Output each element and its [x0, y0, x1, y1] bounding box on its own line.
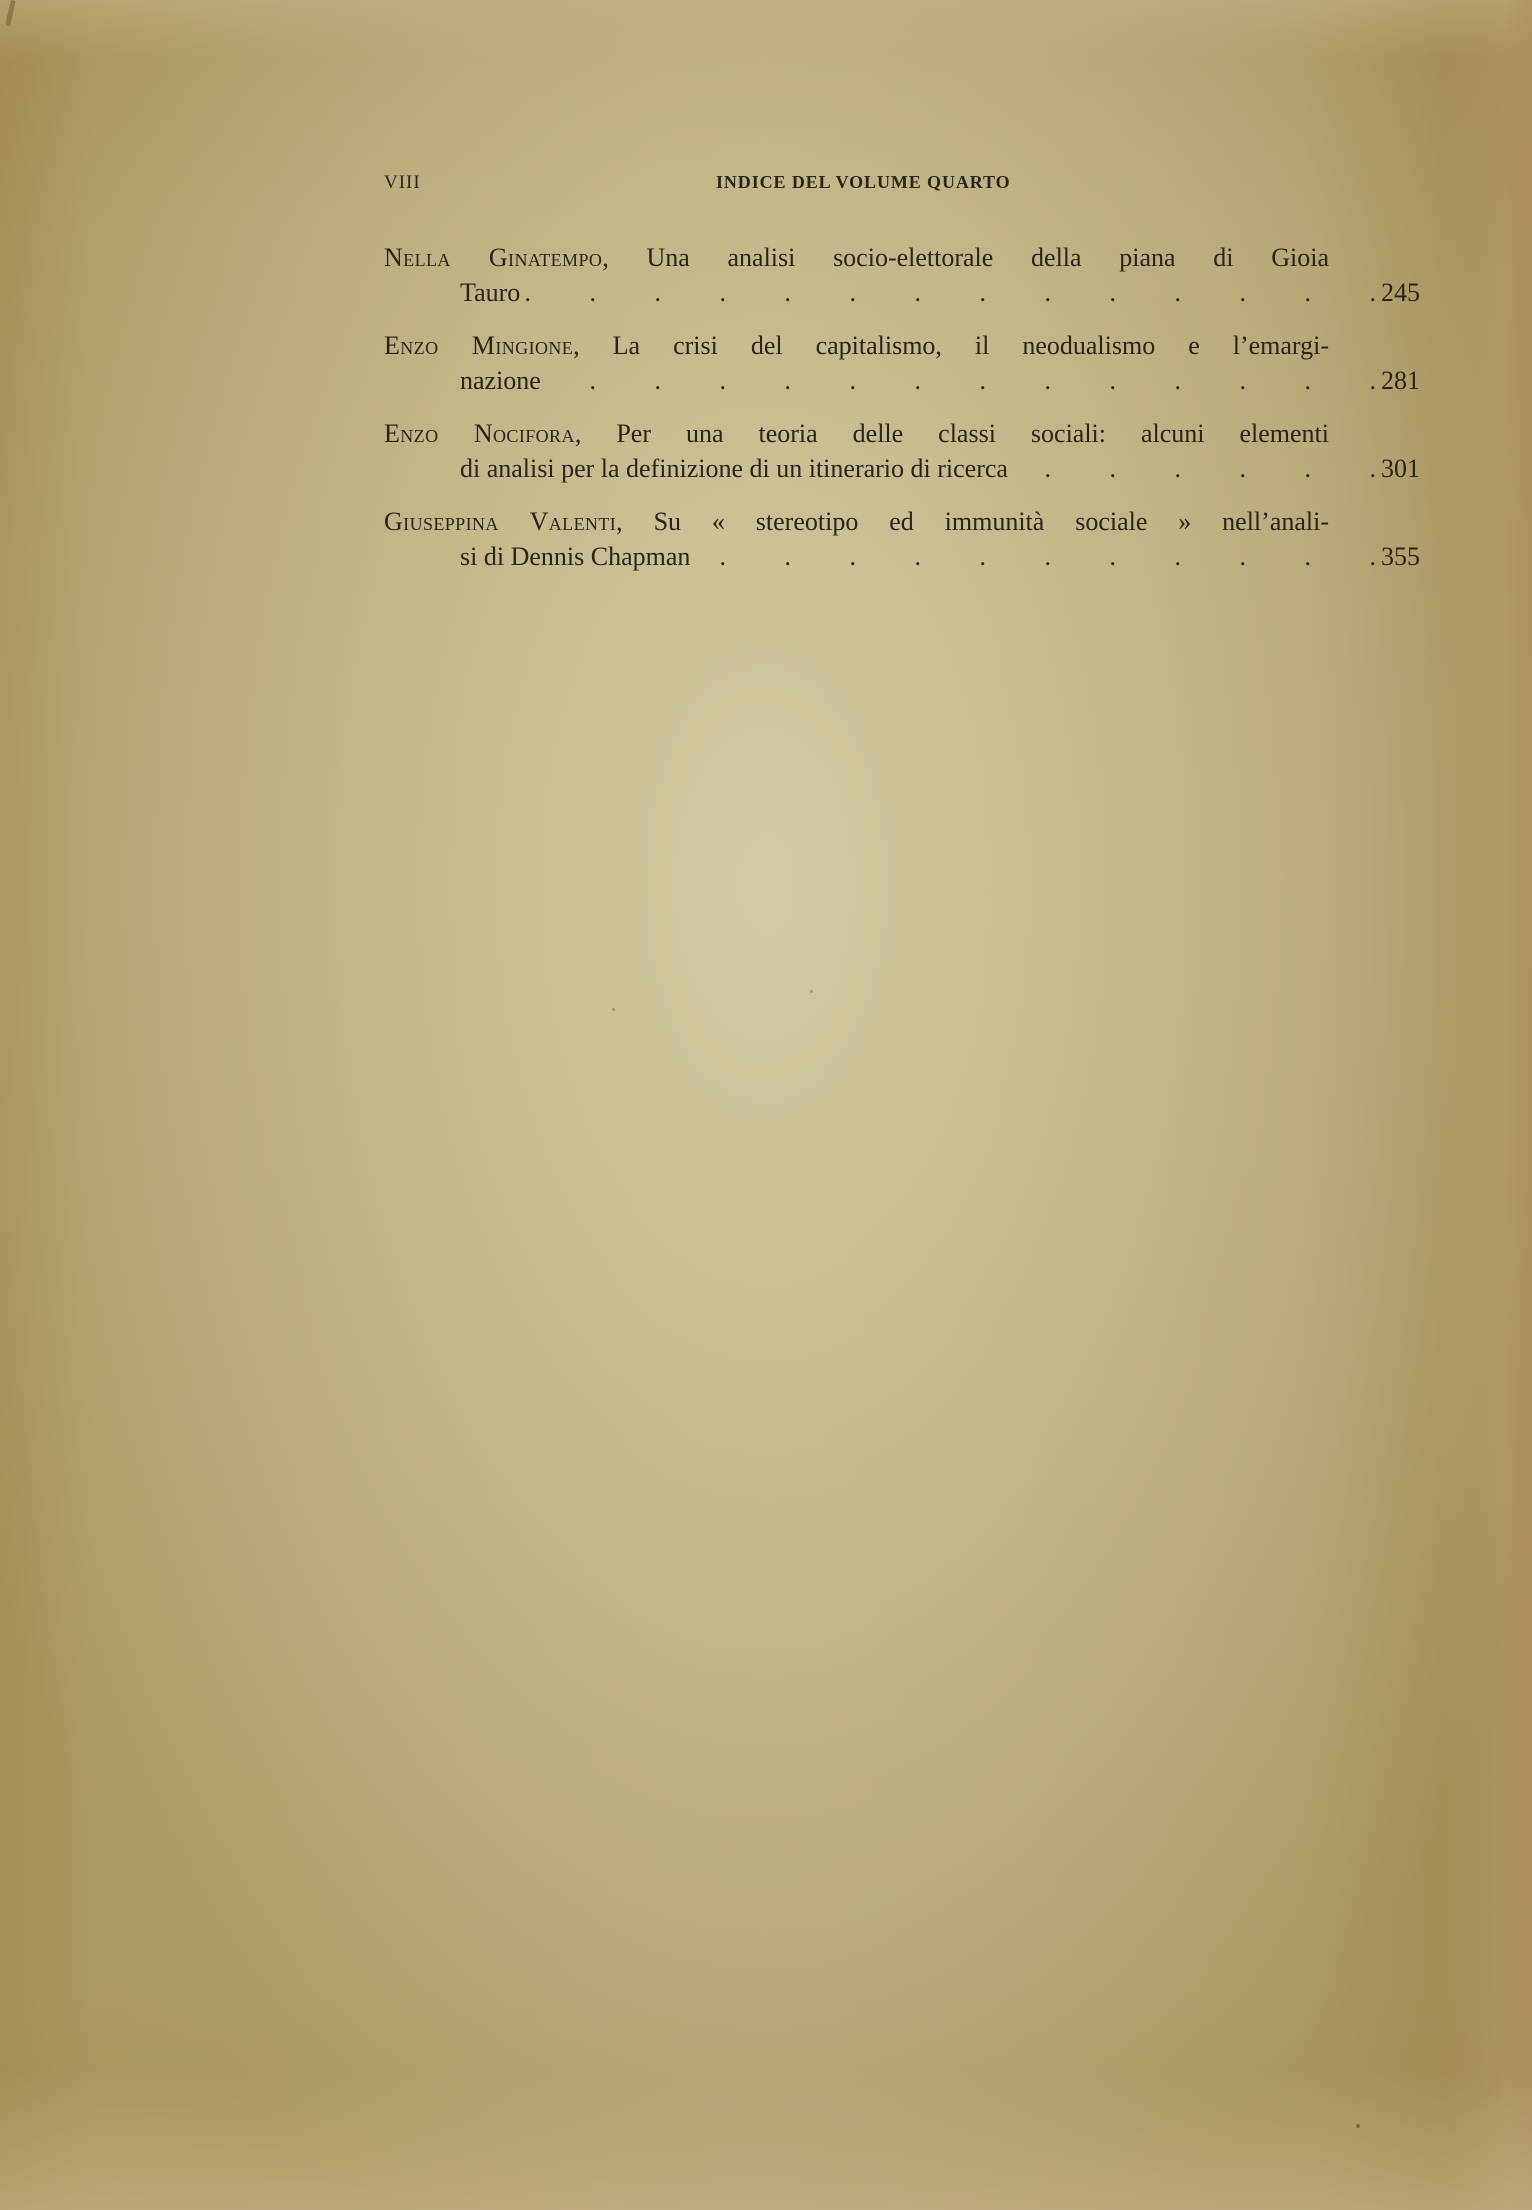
- table-of-contents: Nella Ginatempo, Una analisi socio-elett…: [384, 240, 1420, 592]
- toc-title-continued: si di Dennis Chapman: [460, 539, 690, 574]
- toc-author: Giuseppina Valenti: [384, 507, 616, 536]
- toc-entry: Enzo Mingione, La crisi del capitalismo,…: [384, 328, 1420, 398]
- paper-speck: [810, 990, 813, 993]
- dot-leader: . . . . . . . . . . . . . . . . . . . . …: [1008, 451, 1402, 486]
- toc-title-continued: di analisi per la definizione di un itin…: [460, 451, 1008, 486]
- toc-page-number: 245: [1360, 275, 1420, 310]
- toc-entry: Nella Ginatempo, Una analisi socio-elett…: [384, 240, 1420, 310]
- dot-leader: . . . . . . . . . . . . . . . . . . . . …: [541, 363, 1402, 398]
- running-head-title: INDICE DEL VOLUME QUARTO: [716, 172, 1011, 193]
- page-shadow-top: [0, 0, 1532, 60]
- dot-leader: . . . . . . . . . . . . . . . . . . . . …: [520, 275, 1402, 310]
- toc-entry-line1: Nella Ginatempo, Una analisi socio-elett…: [384, 240, 1329, 275]
- paper-speck: [1356, 2124, 1360, 2128]
- toc-entry-line1: Giuseppina Valenti, Su « stereotipo ed i…: [384, 504, 1329, 539]
- toc-title: , La crisi del capitalismo, il neodualis…: [573, 331, 1329, 360]
- toc-page-number: 281: [1360, 363, 1420, 398]
- toc-entry-line1: Enzo Nocifora, Per una teoria delle clas…: [384, 416, 1329, 451]
- running-head: VIII INDICE DEL VOLUME QUARTO: [384, 172, 1420, 198]
- page-shadow-bottom: [0, 2070, 1532, 2210]
- toc-title: , Una analisi socio-elettorale della pia…: [602, 243, 1329, 272]
- toc-title: , Su « stereotipo ed immunità sociale » …: [616, 507, 1329, 536]
- toc-entry: Enzo Nocifora, Per una teoria delle clas…: [384, 416, 1420, 486]
- toc-author: Nella Ginatempo: [384, 243, 602, 272]
- toc-title: , Per una teoria delle classi sociali: a…: [575, 419, 1329, 448]
- toc-title-continued: Tauro: [460, 275, 520, 310]
- toc-title-continued: nazione: [460, 363, 541, 398]
- toc-entry-line2: si di Dennis Chapman . . . . . . . . . .…: [384, 539, 1420, 574]
- page-folio: VIII: [384, 172, 421, 194]
- toc-entry-line2: Tauro . . . . . . . . . . . . . . . . . …: [384, 275, 1420, 310]
- paper-speck: [612, 1008, 615, 1011]
- toc-page-number: 355: [1360, 539, 1420, 574]
- toc-author: Enzo Nocifora: [384, 419, 575, 448]
- toc-entry-line2: nazione . . . . . . . . . . . . . . . . …: [384, 363, 1420, 398]
- book-page: VIII INDICE DEL VOLUME QUARTO Nella Gina…: [0, 0, 1532, 2210]
- toc-author: Enzo Mingione: [384, 331, 573, 360]
- page-shadow-right: [1442, 0, 1532, 2210]
- toc-page-number: 301: [1360, 451, 1420, 486]
- toc-entry: Giuseppina Valenti, Su « stereotipo ed i…: [384, 504, 1420, 574]
- toc-entry-line2: di analisi per la definizione di un itin…: [384, 451, 1420, 486]
- toc-entry-line1: Enzo Mingione, La crisi del capitalismo,…: [384, 328, 1329, 363]
- dot-leader: . . . . . . . . . . . . . . . . . . . . …: [690, 539, 1402, 574]
